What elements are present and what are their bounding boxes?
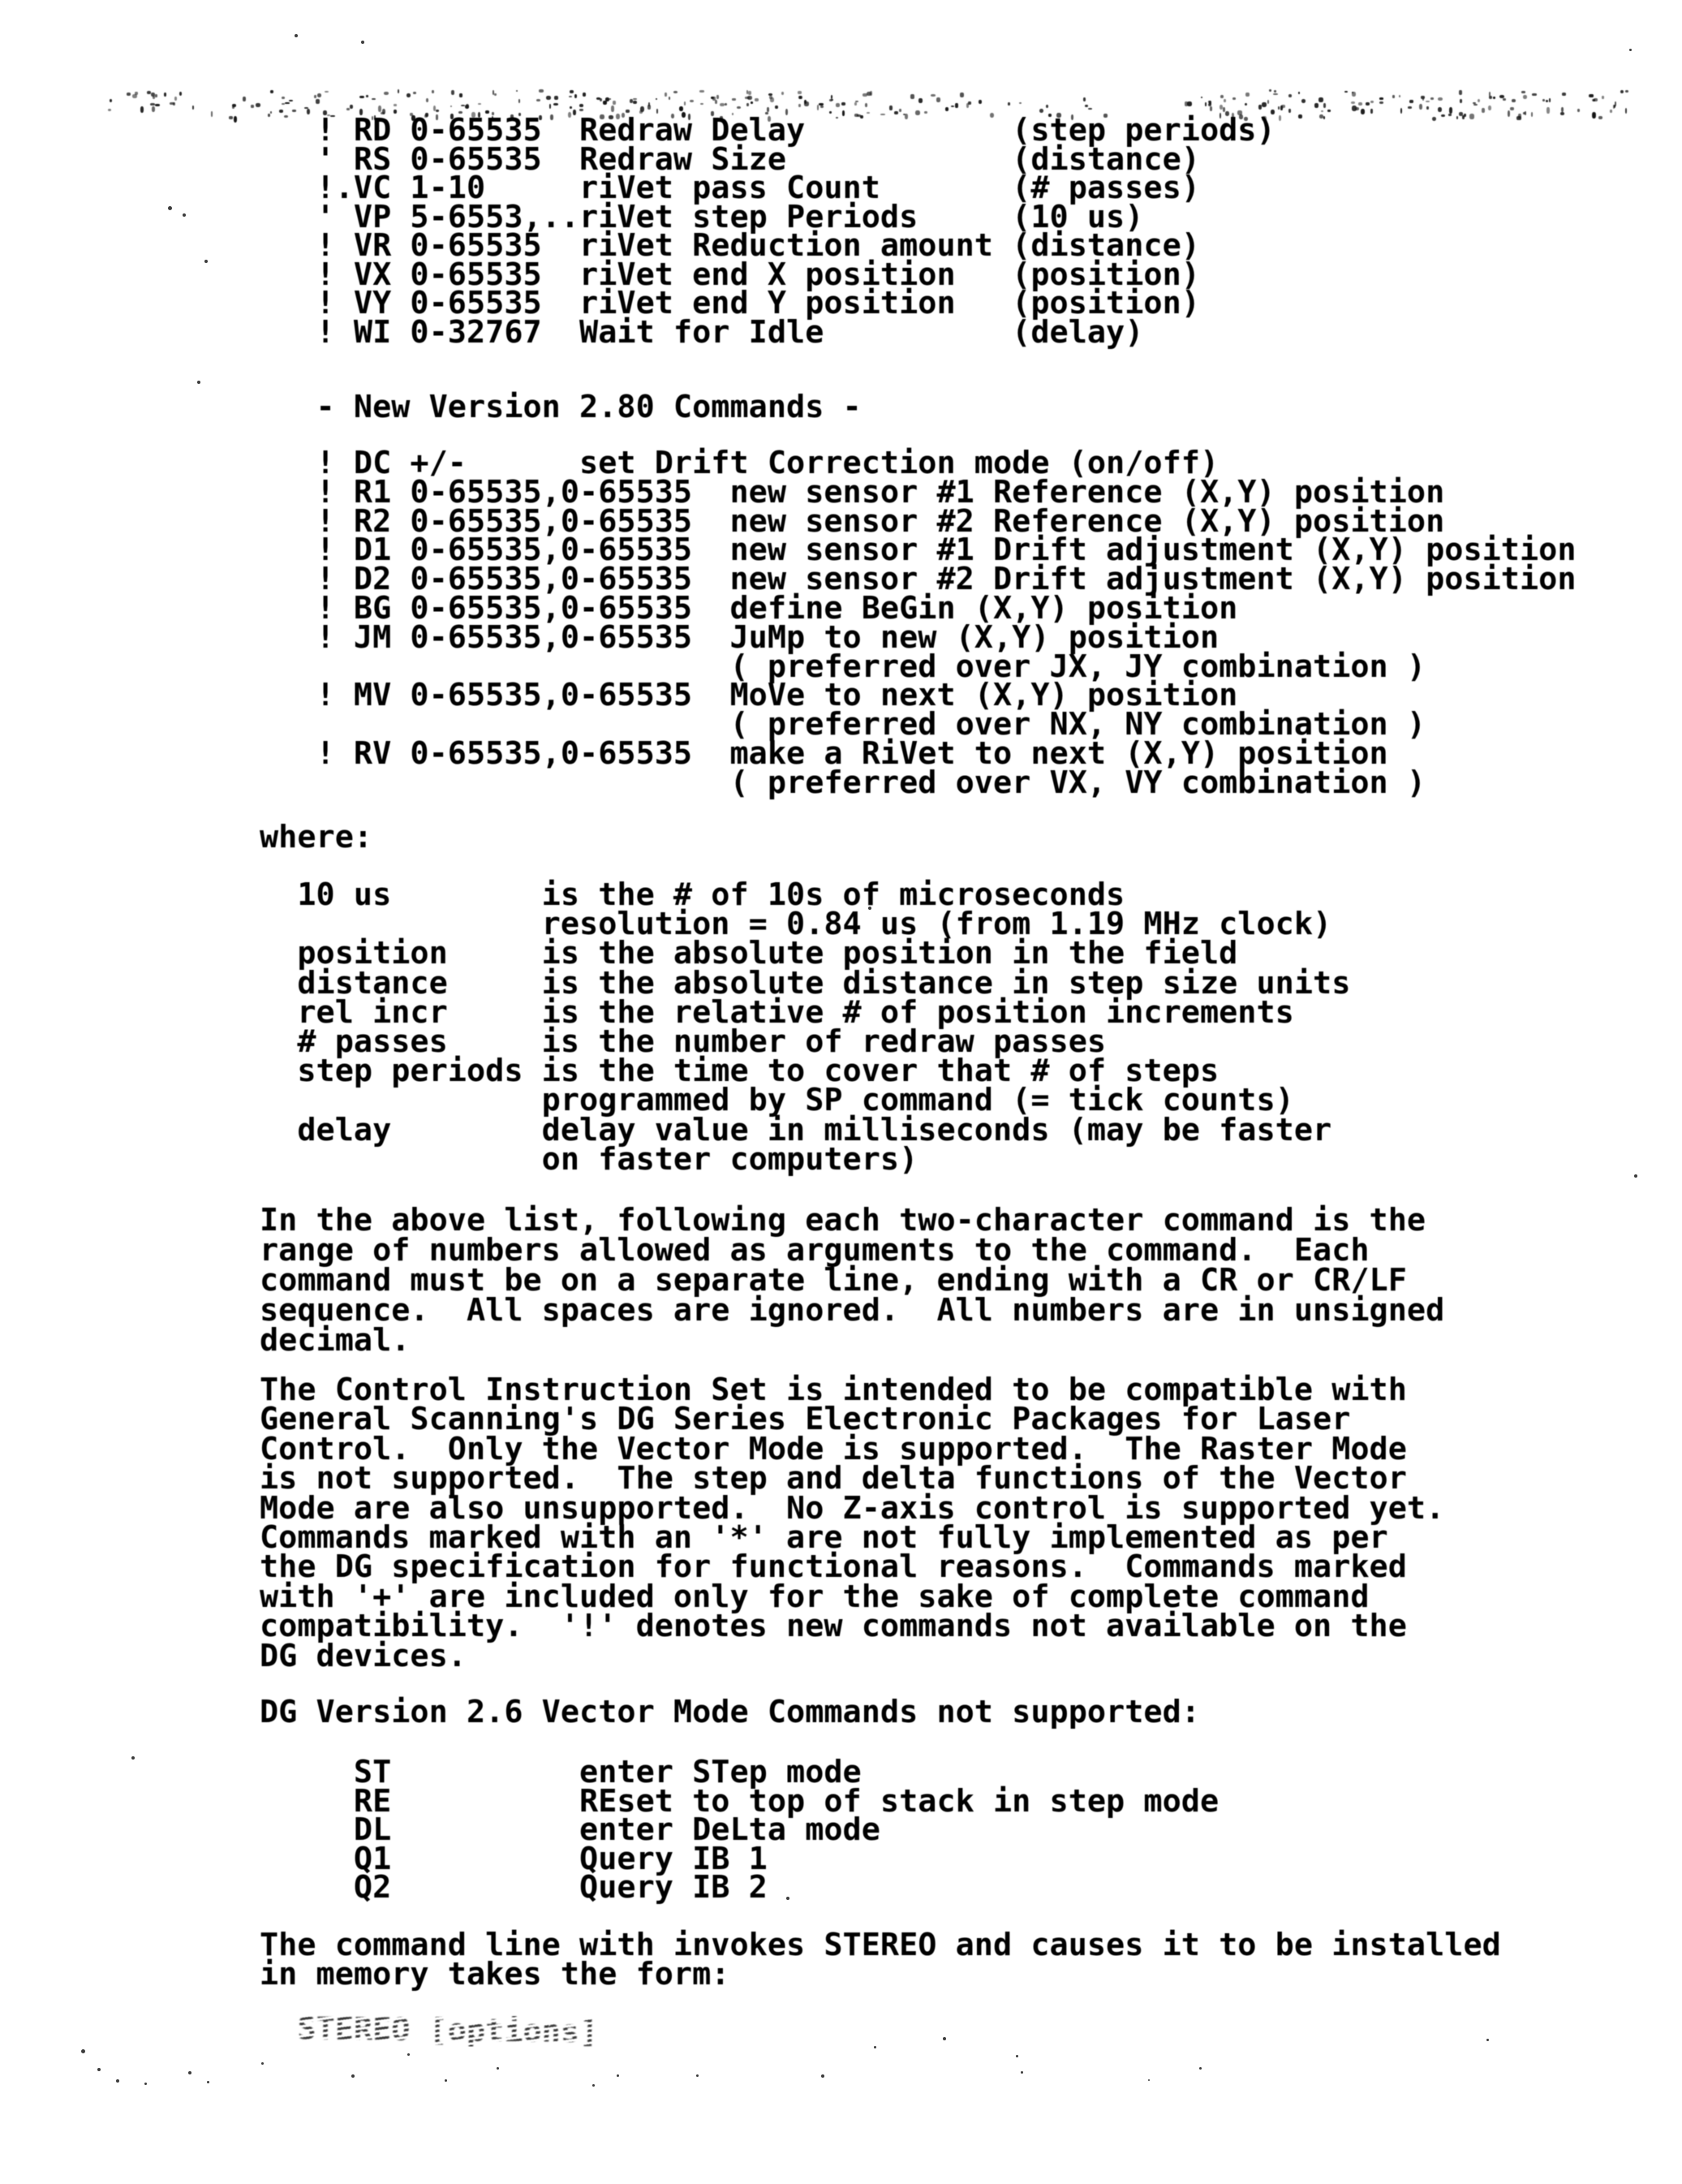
scan-speck xyxy=(1148,2079,1150,2081)
scan-noise-dot xyxy=(931,94,936,97)
text-line: sequence. All spaces are ignored. All nu… xyxy=(260,1295,1444,1325)
scan-noise-dot xyxy=(613,101,616,105)
scan-noise-dot xyxy=(1473,104,1478,106)
scan-noise-dot xyxy=(951,106,954,107)
scan-noise-dot xyxy=(1083,97,1086,101)
scan-noise-dot xyxy=(570,90,574,93)
scan-noise-dot xyxy=(633,101,637,105)
scan-speck xyxy=(116,2079,119,2083)
scan-speck xyxy=(351,2074,355,2078)
scan-noise-dot xyxy=(1351,101,1355,104)
scan-noise-dot xyxy=(1516,116,1521,120)
scan-noise-dot xyxy=(1358,102,1363,106)
scan-noise-dot xyxy=(1590,94,1594,97)
scan-noise-dot xyxy=(150,103,154,106)
scan-noise-dot xyxy=(465,105,470,109)
scan-noise-dot xyxy=(960,93,963,97)
scan-noise-dot xyxy=(256,103,260,107)
scan-noise-dot xyxy=(1449,107,1452,114)
text-line: DG Version 2.6 Vector Mode Commands not … xyxy=(260,1697,1200,1728)
scan-noise-dot xyxy=(1426,101,1430,102)
scan-noise-dot xyxy=(518,99,520,103)
scan-noise-dot xyxy=(1625,90,1628,93)
scan-noise-dot xyxy=(1438,107,1442,113)
scan-noise-dot xyxy=(775,106,778,109)
scan-noise-dot xyxy=(1288,109,1291,114)
scan-noise-dot xyxy=(936,97,940,102)
scan-noise-dot xyxy=(1430,97,1434,100)
scan-noise-dot xyxy=(910,94,914,98)
scan-noise-dot xyxy=(1366,102,1370,106)
scan-noise-dot xyxy=(398,89,400,93)
scan-noise-dot xyxy=(574,94,578,98)
scan-noise-dot xyxy=(1531,112,1534,117)
scan-noise-dot xyxy=(1615,101,1616,106)
scan-noise-dot xyxy=(1258,105,1262,110)
scan-noise-dot xyxy=(579,104,584,108)
scan-speck xyxy=(868,907,871,910)
scan-noise-dot xyxy=(665,93,667,97)
scan-noise-dot xyxy=(817,105,819,110)
scan-noise-dot xyxy=(346,108,350,110)
scan-noise-dot xyxy=(1355,107,1360,110)
scan-noise-dot xyxy=(1438,97,1443,101)
text-line: range of numbers allowed as arguments to… xyxy=(260,1235,1444,1265)
text-line: Q2 Query IB 2 xyxy=(260,1873,1219,1902)
scan-noise-dot xyxy=(164,93,166,97)
scan-noise-dot xyxy=(747,96,751,101)
scan-noise-dot xyxy=(1546,107,1549,114)
scan-noise-dot xyxy=(781,92,784,96)
scan-noise-dot xyxy=(737,106,742,109)
text-line: ! WI 0-32767 Wait for Idle (delay) xyxy=(260,318,1275,347)
scan-noise-dot xyxy=(1323,103,1326,108)
scan-noise-dot xyxy=(1493,97,1495,99)
scan-noise-dot xyxy=(1512,99,1516,102)
scan-noise-dot xyxy=(603,101,607,105)
scan-noise-dot xyxy=(1525,111,1526,115)
scan-noise-dot xyxy=(1409,100,1413,103)
scan-noise-dot xyxy=(1008,102,1011,106)
scan-noise-dot xyxy=(478,103,482,105)
scan-noise-dot xyxy=(1456,116,1458,119)
scan-speck xyxy=(874,2046,876,2048)
scan-noise-dot xyxy=(690,100,694,103)
scan-noise-dot xyxy=(155,104,160,106)
scan-noise-dot xyxy=(1489,92,1491,97)
scan-noise-dot xyxy=(450,106,452,107)
scan-noise-dot xyxy=(1508,110,1510,117)
scan-noise-dot xyxy=(127,93,131,96)
scan-noise-dot xyxy=(1521,91,1525,93)
text-line: decimal. xyxy=(260,1325,1444,1355)
scan-noise-dot xyxy=(945,107,949,111)
scan-noise-dot xyxy=(1421,96,1425,99)
text-line: in memory takes the form: xyxy=(260,1960,1501,1989)
scan-noise-dot xyxy=(1620,90,1624,94)
scanned-document-page: ! RD 0-65535 Redraw Delay (step periods)… xyxy=(0,0,1682,2184)
scan-noise-dot xyxy=(314,95,316,98)
scan-noise-dot xyxy=(108,109,112,111)
scan-noise-dot xyxy=(1379,97,1384,99)
scan-noise-dot xyxy=(918,98,923,103)
scan-noise-dot xyxy=(679,106,683,112)
scan-noise-dot xyxy=(1592,112,1596,118)
scan-noise-dot xyxy=(192,106,194,110)
scan-noise-dot xyxy=(152,106,155,112)
scan-noise-dot xyxy=(1278,106,1280,110)
scan-noise-dot xyxy=(746,103,748,107)
scan-noise-dot xyxy=(1577,109,1580,112)
scan-speck xyxy=(592,2084,595,2087)
scan-noise-dot xyxy=(1321,110,1323,113)
scan-noise-dot xyxy=(1288,94,1293,97)
scan-noise-dot xyxy=(1245,93,1250,97)
scan-noise-dot xyxy=(1594,98,1598,101)
definitions-list: 10 us is the # of 10s of microseconds re… xyxy=(260,881,1350,1174)
scan-noise-dot xyxy=(1478,99,1481,103)
scan-noise-dot xyxy=(1400,108,1402,114)
scan-noise-dot xyxy=(1441,114,1445,118)
scan-noise-dot xyxy=(1503,98,1506,101)
paragraph-compatibility: The Control Instruction Set is intended … xyxy=(260,1376,1444,1671)
scan-noise-dot xyxy=(798,91,802,94)
scan-noise-dot xyxy=(1419,104,1422,110)
scan-noise-dot xyxy=(583,93,586,97)
scan-noise-dot xyxy=(865,103,868,107)
scan-noise-dot xyxy=(1298,92,1300,94)
command-list-v280: ! DC +/- set Drift Correction mode (on/o… xyxy=(260,449,1577,798)
scan-noise-dot xyxy=(1298,114,1302,118)
scan-noise-dot xyxy=(1187,101,1192,106)
scan-noise-dot xyxy=(1488,106,1491,110)
scan-noise-dot xyxy=(407,93,411,98)
scan-noise-dot xyxy=(1085,105,1088,107)
scan-speck xyxy=(696,2074,699,2077)
scan-noise-dot xyxy=(325,91,329,93)
scan-speck xyxy=(97,2068,101,2071)
scan-noise-dot xyxy=(1201,97,1202,98)
scan-speck xyxy=(445,2079,447,2082)
scan-noise-dot xyxy=(270,90,273,93)
scan-noise-dot xyxy=(413,92,416,94)
scan-speck xyxy=(1634,1174,1637,1178)
scan-noise-dot xyxy=(384,92,389,95)
scan-noise-dot xyxy=(633,98,636,100)
scan-speck xyxy=(786,1897,789,1900)
scan-speck xyxy=(183,213,186,217)
text-line: DG devices. xyxy=(260,1642,1444,1671)
scan-speck xyxy=(188,2071,191,2074)
scan-noise-dot xyxy=(1210,106,1213,110)
scan-speck xyxy=(1486,2039,1489,2041)
text-line: - New Version 2.80 Commands - xyxy=(260,392,862,423)
paragraph-invocation: The command line with invokes STEREO and… xyxy=(260,1931,1501,1988)
scan-noise-dot xyxy=(174,97,177,101)
scan-noise-dot xyxy=(751,101,753,103)
scan-noise-dot xyxy=(819,103,824,106)
scan-noise-dot xyxy=(1280,106,1283,110)
scan-noise-dot xyxy=(549,104,551,109)
scan-noise-dot xyxy=(669,97,671,100)
scan-noise-dot xyxy=(243,97,246,101)
scan-noise-dot xyxy=(289,100,294,101)
scan-noise-dot xyxy=(1319,114,1323,118)
scan-noise-dot xyxy=(1262,102,1267,107)
scan-noise-dot xyxy=(494,93,497,96)
scan-noise-dot xyxy=(147,91,151,94)
scan-noise-dot xyxy=(1361,109,1365,114)
scan-noise-dot xyxy=(1610,110,1612,113)
scan-noise-dot xyxy=(1019,102,1022,104)
scan-noise-dot xyxy=(459,93,462,97)
scan-noise-dot xyxy=(656,98,658,101)
scan-noise-dot xyxy=(1314,103,1318,108)
scan-noise-dot xyxy=(799,96,802,99)
scan-noise-dot xyxy=(1224,99,1226,102)
scan-noise-dot xyxy=(285,102,290,104)
scan-noise-dot xyxy=(153,96,156,98)
scan-noise-dot xyxy=(1399,95,1401,98)
scan-noise-dot xyxy=(979,100,982,105)
scan-noise-dot xyxy=(1370,101,1374,104)
scan-speck xyxy=(197,381,200,384)
scan-noise-dot xyxy=(836,103,840,107)
scan-noise-dot xyxy=(211,111,213,117)
scan-noise-dot xyxy=(767,107,769,111)
scan-noise-dot xyxy=(699,90,704,93)
scan-noise-dot xyxy=(1220,95,1224,98)
scan-noise-dot xyxy=(1408,106,1412,109)
scan-noise-dot xyxy=(732,98,736,100)
scan-noise-dot xyxy=(432,90,434,93)
scan-noise-dot xyxy=(232,106,234,109)
scan-noise-dot xyxy=(179,92,183,97)
scan-noise-dot xyxy=(609,98,612,101)
scan-speck xyxy=(617,2074,619,2077)
scan-noise-dot xyxy=(316,99,320,104)
scan-noise-dot xyxy=(539,89,544,93)
scan-noise-dot xyxy=(1542,99,1545,101)
scan-noise-dot xyxy=(350,105,353,110)
scan-speck xyxy=(81,2049,85,2053)
scan-noise-dot xyxy=(1546,100,1549,102)
scan-noise-dot xyxy=(1301,99,1306,103)
scan-noise-dot xyxy=(569,96,572,98)
scan-noise-dot xyxy=(317,93,322,98)
scan-noise-dot xyxy=(554,96,559,100)
scan-noise-dot xyxy=(955,103,957,108)
scan-noise-dot xyxy=(1267,100,1270,105)
scan-noise-dot xyxy=(1426,106,1429,110)
scan-noise-dot xyxy=(135,92,138,94)
scan-noise-dot xyxy=(1088,108,1092,110)
scan-noise-dot xyxy=(720,103,725,106)
paragraph-command-format: In the above list, following each two-ch… xyxy=(260,1205,1444,1355)
scan-noise-dot xyxy=(140,106,144,112)
scan-noise-dot xyxy=(1549,98,1551,102)
scan-noise-dot xyxy=(829,99,832,101)
scan-speck xyxy=(168,206,172,210)
scan-noise-dot xyxy=(251,105,254,108)
scan-noise-dot xyxy=(1602,96,1604,99)
scan-noise-dot xyxy=(1448,114,1451,116)
scan-noise-dot xyxy=(546,96,551,100)
scan-noise-dot xyxy=(968,101,970,105)
scan-speck xyxy=(144,2083,147,2085)
scan-noise-dot xyxy=(889,106,893,110)
scan-noise-dot xyxy=(229,116,233,119)
scan-noise-dot xyxy=(1432,117,1437,122)
scan-noise-dot xyxy=(1560,112,1565,116)
faded-stereo-command-line: STEREO [options] xyxy=(260,2014,599,2048)
scan-speck xyxy=(407,2053,410,2056)
scan-noise-dot xyxy=(1392,95,1395,98)
new-version-heading: - New Version 2.80 Commands - xyxy=(260,392,862,423)
scan-noise-dot xyxy=(493,90,494,95)
scan-speck xyxy=(1021,2071,1023,2074)
scan-noise-dot xyxy=(1459,112,1463,116)
scan-noise-dot xyxy=(1379,101,1383,104)
scan-noise-dot xyxy=(234,116,237,123)
scan-noise-dot xyxy=(155,94,157,97)
scan-noise-dot xyxy=(359,96,364,99)
scan-noise-dot xyxy=(372,98,376,101)
scan-noise-dot xyxy=(1273,93,1278,95)
scan-noise-dot xyxy=(716,95,718,100)
scan-noise-dot xyxy=(516,90,518,93)
scan-noise-dot xyxy=(1185,101,1188,106)
scan-speck xyxy=(821,2074,824,2078)
scan-noise-dot xyxy=(684,101,686,106)
scan-speck xyxy=(204,260,208,263)
scan-noise-dot xyxy=(110,99,113,102)
text-line: command must be on a separate line, endi… xyxy=(260,1265,1444,1295)
scan-noise-dot xyxy=(1459,90,1462,95)
scan-noise-dot xyxy=(1323,116,1326,119)
scan-noise-dot xyxy=(841,102,845,106)
scan-speck xyxy=(131,1756,135,1760)
text-line: ( preferred over VX, VY combination ) xyxy=(260,769,1577,798)
scan-noise-dot xyxy=(770,97,774,102)
scan-speck xyxy=(1629,49,1632,51)
scan-noise-dot xyxy=(1532,93,1536,96)
scan-noise-dot xyxy=(748,91,751,95)
scan-noise-dot xyxy=(378,106,381,112)
scan-noise-dot xyxy=(611,106,614,112)
scan-noise-dot xyxy=(1327,110,1331,112)
scan-noise-dot xyxy=(1464,114,1466,117)
scan-noise-dot xyxy=(715,100,716,105)
scan-noise-dot xyxy=(394,104,397,106)
command-list-v1: ! RD 0-65535 Redraw Delay (step periods)… xyxy=(260,116,1275,347)
scan-noise-dot xyxy=(1046,105,1048,109)
scan-speck xyxy=(361,41,364,44)
scan-noise-dot xyxy=(1598,116,1602,119)
scan-noise-dot xyxy=(1318,97,1323,102)
where-label: where: xyxy=(260,822,372,853)
scan-noise-dot xyxy=(1279,115,1281,121)
scan-noise-dot xyxy=(1460,99,1462,103)
text-line: In the above list, following each two-ch… xyxy=(260,1205,1444,1235)
scan-speck xyxy=(207,2081,209,2083)
scan-noise-dot xyxy=(725,103,727,106)
scan-noise-dot xyxy=(700,103,703,105)
scan-speck xyxy=(1016,2055,1018,2057)
scan-noise-dot xyxy=(1269,89,1272,92)
scan-noise-dot xyxy=(755,98,759,101)
text-line: on faster computers) xyxy=(260,1145,1350,1174)
scan-noise-dot xyxy=(1562,93,1567,96)
scan-noise-dot xyxy=(1220,105,1223,110)
scan-speck xyxy=(261,2062,264,2065)
scan-noise-dot xyxy=(570,106,572,109)
scan-speck xyxy=(1199,2067,1202,2070)
scan-noise-dot xyxy=(1232,97,1236,101)
text-line: where: xyxy=(260,822,372,853)
scan-noise-dot xyxy=(1523,95,1527,100)
scan-noise-dot xyxy=(1344,91,1348,93)
unsupported-commands-list: ST enter STep mode RE REset to top of st… xyxy=(260,1758,1219,1902)
scan-noise-dot xyxy=(854,102,857,106)
scan-noise-dot xyxy=(855,101,858,102)
scan-noise-dot xyxy=(1482,108,1485,113)
scan-speck xyxy=(295,34,298,37)
scan-noise-dot xyxy=(1205,102,1207,106)
scan-noise-dot xyxy=(1510,107,1514,110)
scan-noise-dot xyxy=(426,98,429,102)
scan-speck xyxy=(497,2067,499,2070)
scan-noise-dot xyxy=(1561,107,1564,112)
scan-noise-dot xyxy=(1469,114,1474,119)
scan-noise-dot xyxy=(768,93,773,96)
scan-noise-dot xyxy=(1245,103,1247,106)
scan-noise-dot xyxy=(282,97,285,100)
scan-noise-dot xyxy=(820,106,824,108)
scan-noise-dot xyxy=(1625,108,1627,114)
scan-noise-dot xyxy=(536,99,540,102)
scan-noise-dot xyxy=(1274,90,1276,93)
scan-noise-dot xyxy=(451,90,455,95)
scan-noise-dot xyxy=(1370,109,1373,114)
scan-noise-dot xyxy=(553,103,558,106)
scan-noise-dot xyxy=(798,104,801,107)
scan-speck xyxy=(943,2037,946,2040)
scan-noise-dot xyxy=(673,91,678,93)
scan-noise-dot xyxy=(366,95,368,97)
dg-not-supported-heading: DG Version 2.6 Vector Mode Commands not … xyxy=(260,1697,1200,1728)
